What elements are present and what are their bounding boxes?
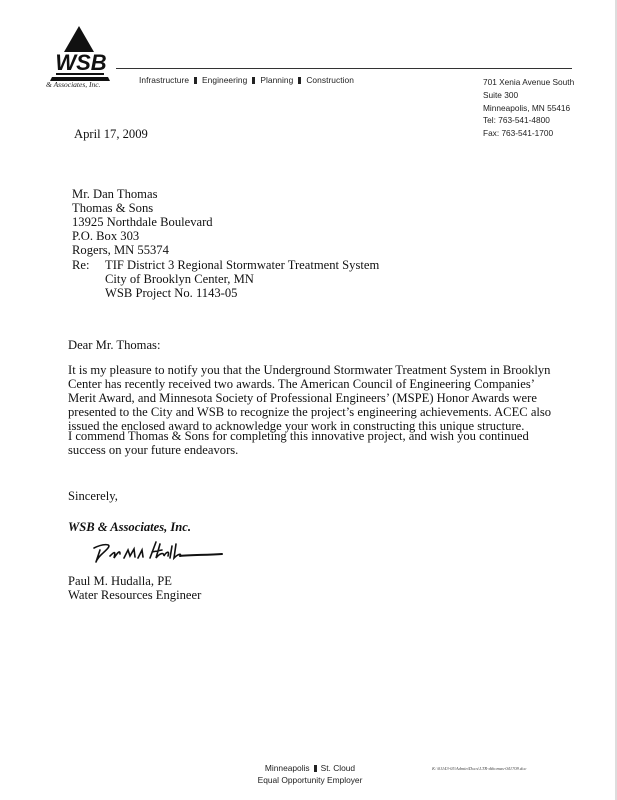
signature-company: WSB & Associates, Inc. — [68, 520, 191, 535]
office-location: St. Cloud — [321, 763, 355, 773]
footer: MinneapolisSt. Cloud Equal Opportunity E… — [230, 762, 390, 786]
header-divider — [116, 68, 572, 69]
body-paragraph-2: I commend Thomas & Sons for completing t… — [68, 429, 608, 457]
salutation: Dear Mr. Thomas: — [68, 338, 160, 353]
document-filepath: K:\01143-05\Admin\Docs\LTR-dthomas-04170… — [432, 766, 526, 771]
equal-opportunity-text: Equal Opportunity Employer — [230, 774, 390, 786]
paragraph-line: success on your future endeavors. — [68, 443, 608, 457]
recipient-line: Rogers, MN 55374 — [72, 243, 213, 257]
service-item: Engineering — [202, 75, 247, 85]
paragraph-line: Center has recently received two awards.… — [68, 377, 608, 391]
address-fax: Fax: 763-541-1700 — [483, 127, 574, 140]
address-suite: Suite 300 — [483, 89, 574, 102]
wsb-triangle-logo-icon: WSB — [46, 24, 116, 84]
closing: Sincerely, — [68, 489, 118, 504]
address-city: Minneapolis, MN 55416 — [483, 102, 574, 115]
service-item: Infrastructure — [139, 75, 189, 85]
subject-line: WSB Project No. 1143-05 — [105, 286, 379, 300]
recipient-line: Mr. Dan Thomas — [72, 187, 213, 201]
company-address: 701 Xenia Avenue South Suite 300 Minneap… — [483, 76, 574, 140]
paragraph-line: presented to the City and WSB to recogni… — [68, 405, 608, 419]
body-paragraph-1: It is my pleasure to notify you that the… — [68, 363, 608, 433]
svg-text:WSB: WSB — [55, 50, 106, 75]
recipient-line: Thomas & Sons — [72, 201, 213, 215]
signer-block: Paul M. Hudalla, PE Water Resources Engi… — [68, 574, 201, 602]
service-item: Construction — [306, 75, 354, 85]
separator-icon — [194, 77, 197, 84]
company-logo: WSB — [46, 24, 116, 88]
recipient-line: P.O. Box 303 — [72, 229, 213, 243]
signer-name: Paul M. Hudalla, PE — [68, 574, 201, 588]
separator-icon — [252, 77, 255, 84]
office-location: Minneapolis — [265, 763, 310, 773]
recipient-block: Mr. Dan Thomas Thomas & Sons 13925 North… — [72, 187, 213, 257]
handwritten-signature-icon — [90, 538, 230, 568]
subject-label: Re: — [72, 258, 90, 272]
paragraph-line: I commend Thomas & Sons for completing t… — [68, 429, 608, 443]
separator-icon — [314, 765, 317, 772]
paragraph-line: Merit Award, and Minnesota Society of Pr… — [68, 391, 608, 405]
address-tel: Tel: 763-541-4800 — [483, 114, 574, 127]
letter-date: April 17, 2009 — [74, 127, 148, 142]
recipient-line: 13925 Northdale Boulevard — [72, 215, 213, 229]
paragraph-line: It is my pleasure to notify you that the… — [68, 363, 608, 377]
footer-offices: MinneapolisSt. Cloud — [230, 762, 390, 774]
subject-line: City of Brooklyn Center, MN — [105, 272, 379, 286]
separator-icon — [298, 77, 301, 84]
service-item: Planning — [260, 75, 293, 85]
address-street: 701 Xenia Avenue South — [483, 76, 574, 89]
subject-line: TIF District 3 Regional Stormwater Treat… — [105, 258, 379, 272]
services-tagline: InfrastructureEngineeringPlanningConstru… — [139, 75, 354, 85]
signer-title: Water Resources Engineer — [68, 588, 201, 602]
logo-subtitle: & Associates, Inc. — [46, 80, 100, 89]
